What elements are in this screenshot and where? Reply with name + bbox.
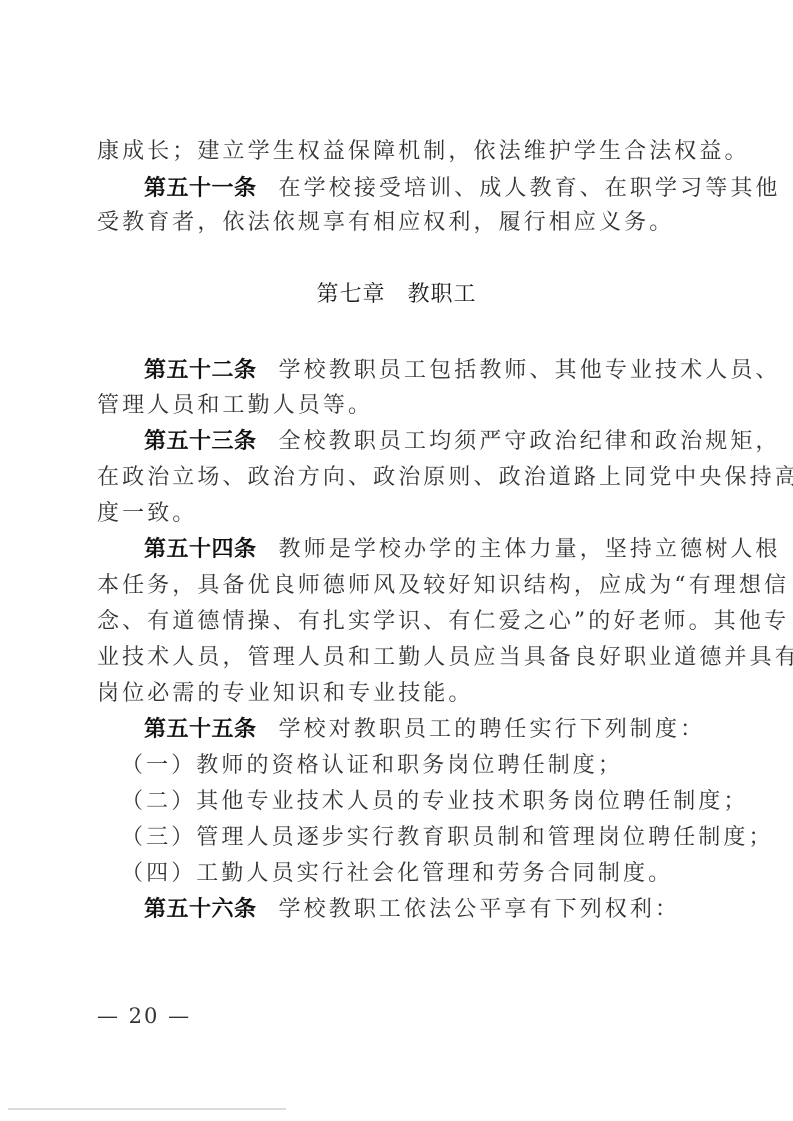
article-53-line-2: 在政治立场、政治方向、政治原则、政治道路上同党中央保持高 [97, 460, 702, 496]
article-52-label: 第五十二条 [144, 358, 257, 383]
scan-edge-line [8, 1108, 286, 1110]
article-55-item-1: （一）教师的资格认证和职务岗位聘任制度； [121, 748, 702, 784]
article-51-line-2: 受教育者，依法依规享有相应权利，履行相应义务。 [97, 205, 702, 241]
paragraph-continuation: 康成长；建立学生权益保障机制，依法维护学生合法权益。 [97, 134, 702, 170]
article-54-line-3: 念、有道德情操、有扎实学识、有仁爱之心”的好老师。其他专 [97, 604, 702, 640]
article-51-text: 在学校接受培训、成人教育、在职学习等其他 [279, 176, 781, 201]
article-52-line-2: 管理人员和工勤人员等。 [97, 388, 702, 424]
document-page: 康成长；建立学生权益保障机制，依法维护学生合法权益。 第五十一条在学校接受培训、… [0, 0, 793, 1121]
article-56-line-1: 第五十六条学校教职工依法公平享有下列权利： [144, 892, 702, 928]
article-55-line-1: 第五十五条学校对教职员工的聘任实行下列制度： [144, 712, 702, 748]
article-52-line-1: 第五十二条学校教职员工包括教师、其他专业技术人员、 [144, 353, 702, 389]
article-51-label: 第五十一条 [144, 176, 257, 201]
article-54-line-1: 第五十四条教师是学校办学的主体力量，坚持立德树人根 [144, 532, 702, 568]
article-52-text: 学校教职员工包括教师、其他专业技术人员、 [279, 358, 781, 383]
page-number: — 20 — [97, 1004, 191, 1028]
article-53-text: 全校教职员工均须严守政治纪律和政治规矩， [279, 429, 781, 454]
chapter-title: 教职工 [408, 282, 477, 307]
article-55-label: 第五十五条 [144, 717, 257, 742]
article-55-item-3: （三）管理人员逐步实行教育职员制和管理岗位聘任制度； [121, 820, 702, 856]
article-54-label: 第五十四条 [144, 537, 257, 562]
article-53-line-3: 度一致。 [97, 496, 702, 532]
article-56-text: 学校教职工依法公平享有下列权利： [279, 897, 681, 922]
article-55-item-2: （二）其他专业技术人员的专业技术职务岗位聘任制度； [121, 784, 702, 820]
article-53-line-1: 第五十三条全校教职员工均须严守政治纪律和政治规矩， [144, 424, 702, 460]
article-53-label: 第五十三条 [144, 429, 257, 454]
chapter-heading: 第七章教职工 [0, 277, 793, 308]
article-54-line-4: 业技术人员，管理人员和工勤人员应当具备良好职业道德并具有 [97, 640, 702, 676]
article-54-line-5: 岗位必需的专业知识和专业技能。 [97, 676, 702, 712]
article-56-label: 第五十六条 [144, 897, 257, 922]
article-54-text: 教师是学校办学的主体力量，坚持立德树人根 [279, 537, 781, 562]
chapter-number: 第七章 [316, 282, 385, 307]
article-55-item-4: （四）工勤人员实行社会化管理和劳务合同制度。 [121, 856, 702, 892]
article-55-text: 学校对教职员工的聘任实行下列制度： [279, 717, 706, 742]
article-54-line-2: 本任务，具备优良师德师风及较好知识结构，应成为“有理想信 [97, 568, 702, 604]
article-51-line-1: 第五十一条在学校接受培训、成人教育、在职学习等其他 [144, 171, 702, 207]
